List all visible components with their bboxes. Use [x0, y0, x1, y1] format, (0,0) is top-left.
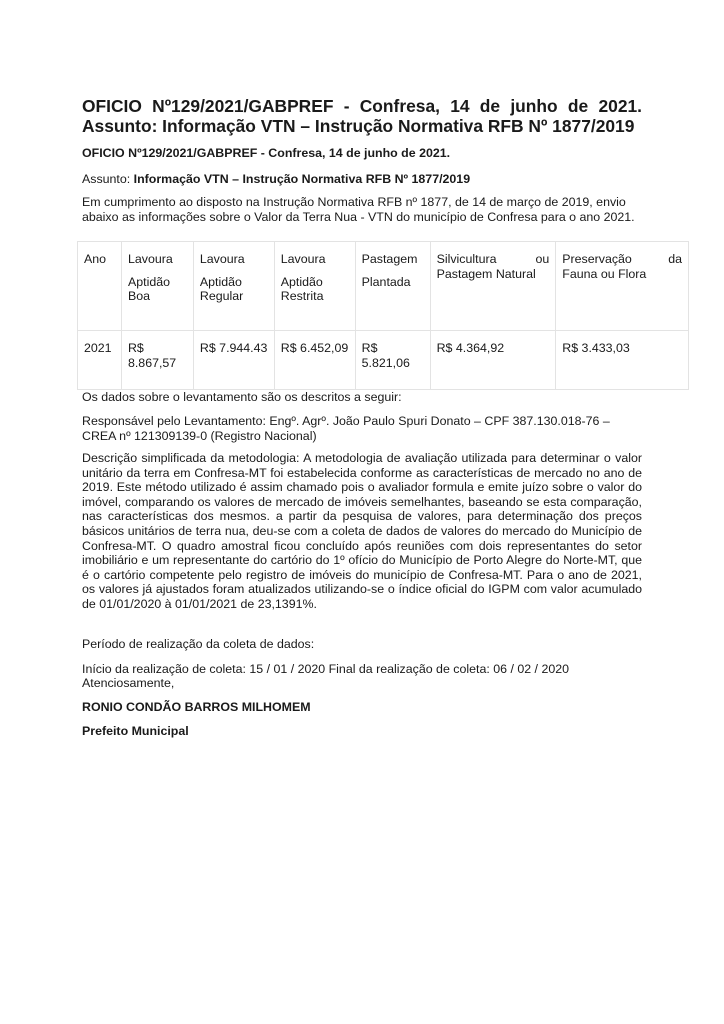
- header-preservacao: Preservação da Fauna ou Flora: [556, 242, 689, 331]
- periodo-dates: Início da realização de coleta: 15 / 01 …: [82, 662, 642, 677]
- assunto-line: Assunto: Informação VTN – Instrução Norm…: [82, 172, 642, 187]
- header-ano: Ano: [78, 242, 122, 331]
- signature-role: Prefeito Municipal: [82, 724, 642, 739]
- cell-pastagem-plantada: R$ 5.821,06: [355, 331, 430, 390]
- oficio-line: OFICIO Nº129/2021/GABPREF - Confresa, 14…: [82, 146, 642, 161]
- cell-silvicultura: R$ 4.364,92: [430, 331, 556, 390]
- header-lavoura-restrita: LavouraAptidão Restrita: [274, 242, 355, 331]
- cell-lavoura-boa: R$ 8.867,57: [121, 331, 193, 390]
- assunto-value: Informação VTN – Instrução Normativa RFB…: [134, 172, 470, 186]
- signature-name: RONIO CONDÃO BARROS MILHOMEM: [82, 700, 642, 715]
- levantamento-intro: Os dados sobre o levantamento são os des…: [82, 390, 642, 405]
- cell-preservacao: R$ 3.433,03: [556, 331, 689, 390]
- table-row: 2021 R$ 8.867,57 R$ 7.944.43 R$ 6.452,09…: [78, 331, 689, 390]
- header-pastagem-plantada: PastagemPlantada: [355, 242, 430, 331]
- title-line-2: Assunto: Informação VTN – Instrução Norm…: [82, 116, 642, 136]
- periodo-label: Período de realização da coleta de dados…: [82, 637, 642, 652]
- intro-paragraph: Em cumprimento ao disposto na Instrução …: [82, 195, 640, 224]
- vtn-table: Ano LavouraAptidão Boa LavouraAptidão Re…: [77, 241, 689, 390]
- header-silvicultura: Silvicultura ou Pastagem Natural: [430, 242, 556, 331]
- header-lavoura-boa: LavouraAptidão Boa: [121, 242, 193, 331]
- assunto-label: Assunto:: [82, 172, 134, 186]
- closing: Atenciosamente,: [82, 676, 642, 691]
- document-title: OFICIO Nº129/2021/GABPREF - Confresa, 14…: [82, 96, 642, 136]
- header-lavoura-regular: LavouraAptidão Regular: [193, 242, 274, 331]
- cell-ano: 2021: [78, 331, 122, 390]
- title-line-1: OFICIO Nº129/2021/GABPREF - Confresa, 14…: [82, 96, 642, 116]
- responsavel-paragraph: Responsável pelo Levantamento: Engº. Agr…: [82, 414, 630, 443]
- metodologia-paragraph: Descrição simplificada da metodologia: A…: [82, 451, 642, 612]
- cell-lavoura-restrita: R$ 6.452,09: [274, 331, 355, 390]
- table-header-row: Ano LavouraAptidão Boa LavouraAptidão Re…: [78, 242, 689, 331]
- cell-lavoura-regular: R$ 7.944.43: [193, 331, 274, 390]
